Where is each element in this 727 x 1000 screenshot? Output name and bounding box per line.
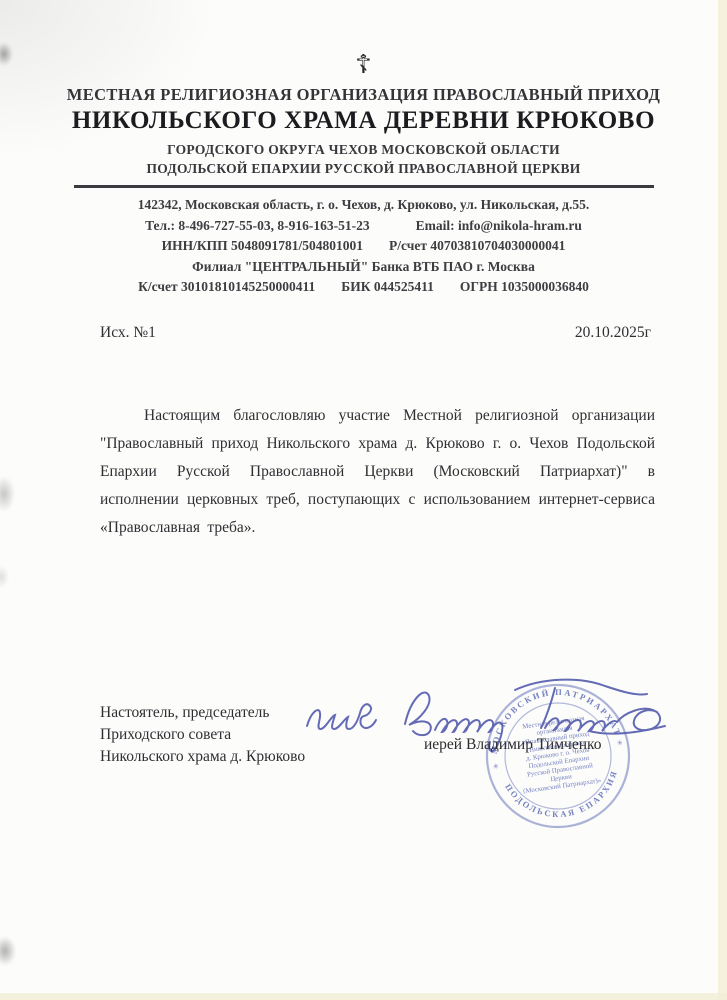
ogrn-number: ОГРН 1035000036840 xyxy=(460,277,589,298)
bik-code: БИК 044525411 xyxy=(341,277,434,298)
position-line: Приходского совета xyxy=(100,724,305,746)
letterhead: ☦ МЕСТНАЯ РЕЛИГИОЗНАЯ ОРГАНИЗАЦИЯ ПРАВОС… xyxy=(0,50,727,188)
church-name-title: НИКОЛЬСКОГО ХРАМА ДЕРЕВНИ КРЮКОВО xyxy=(0,106,727,136)
reference-row: Исх. №1 20.10.2025г xyxy=(100,324,651,342)
letter-body-paragraph: Настоящим благословляю участие Местной р… xyxy=(100,402,655,542)
stamp-side-mark: ✳ xyxy=(492,762,499,771)
signature-and-stamp-graphic: МОСКОВСКИЙ ПАТРИАРХАТ ПОДОЛЬСКАЯ ЕПАРХИЯ… xyxy=(293,656,683,852)
phone-numbers: Тел.: 8-496-727-55-03, 8-916-163-51-23 xyxy=(145,216,370,237)
scan-smudge xyxy=(0,936,16,966)
scan-smudge xyxy=(0,476,15,512)
scanned-letter-page: ☦ МЕСТНАЯ РЕЛИГИОЗНАЯ ОРГАНИЗАЦИЯ ПРАВОС… xyxy=(0,0,727,1000)
phone-email-row: Тел.: 8-496-727-55-03, 8-916-163-51-23 E… xyxy=(0,216,727,237)
district-line: ГОРОДСКОГО ОКРУГА ЧЕХОВ МОСКОВСКОЙ ОБЛАС… xyxy=(0,140,727,159)
bank-name: Филиал "ЦЕНТРАЛЬНЫЙ" Банка ВТБ ПАО г. Мо… xyxy=(192,257,535,278)
inn-kpp: ИНН/КПП 5048091781/504801001 xyxy=(162,236,363,257)
scan-smudge xyxy=(0,566,9,588)
signer-position: Настоятель, председатель Приходского сов… xyxy=(100,702,305,768)
bank-row: Филиал "ЦЕНТРАЛЬНЫЙ" Банка ВТБ ПАО г. Мо… xyxy=(0,257,727,278)
correspondent-account: К/счет 30101810145250000411 xyxy=(138,277,315,298)
signer-printed-name: иерей Владимир Тимченко xyxy=(424,736,602,754)
parish-stamp: МОСКОВСКИЙ ПАТРИАРХАТ ПОДОЛЬСКАЯ ЕПАРХИЯ… xyxy=(478,675,638,835)
letter-date: 20.10.2025г xyxy=(575,324,651,342)
inn-account-row: ИНН/КПП 5048091781/504801001 Р/счет 4070… xyxy=(0,236,727,257)
signature-block: Настоятель, председатель Приходского сов… xyxy=(0,660,727,900)
stamp-side-mark: ✳ xyxy=(616,738,623,747)
orthodox-cross-icon: ☦ xyxy=(0,50,727,80)
letterhead-divider xyxy=(74,185,654,188)
address-row: 142342, Московская область, г. о. Чехов,… xyxy=(0,195,727,216)
scan-edge-bottom xyxy=(0,993,727,1000)
position-line: Настоятель, председатель xyxy=(100,702,305,724)
contact-details: 142342, Московская область, г. о. Чехов,… xyxy=(0,195,727,298)
email-address: Email: info@nikola-hram.ru xyxy=(416,216,582,237)
corr-bik-ogrn-row: К/счет 30101810145250000411 БИК 04452541… xyxy=(0,277,727,298)
organization-name-line: МЕСТНАЯ РЕЛИГИОЗНАЯ ОРГАНИЗАЦИЯ ПРАВОСЛА… xyxy=(0,85,727,105)
position-line: Никольского храма д. Крюково xyxy=(100,746,305,768)
outgoing-number: Исх. №1 xyxy=(100,324,156,342)
settlement-account: Р/счет 40703810704030000041 xyxy=(389,236,565,257)
postal-address: 142342, Московская область, г. о. Чехов,… xyxy=(138,195,589,216)
eparchy-line: ПОДОЛЬСКОЙ ЕПАРХИИ РУССКОЙ ПРАВОСЛАВНОЙ … xyxy=(0,159,727,178)
